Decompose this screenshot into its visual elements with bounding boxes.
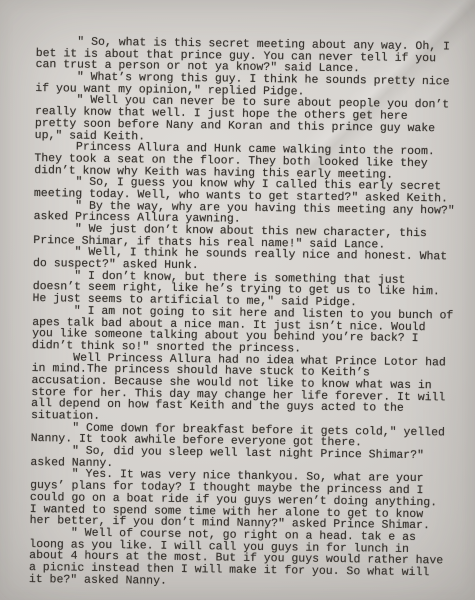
typewritten-page-photo: " So, what is this secret meeting about … xyxy=(0,0,475,600)
typewritten-text: " So, what is this secret meeting about … xyxy=(29,36,457,591)
